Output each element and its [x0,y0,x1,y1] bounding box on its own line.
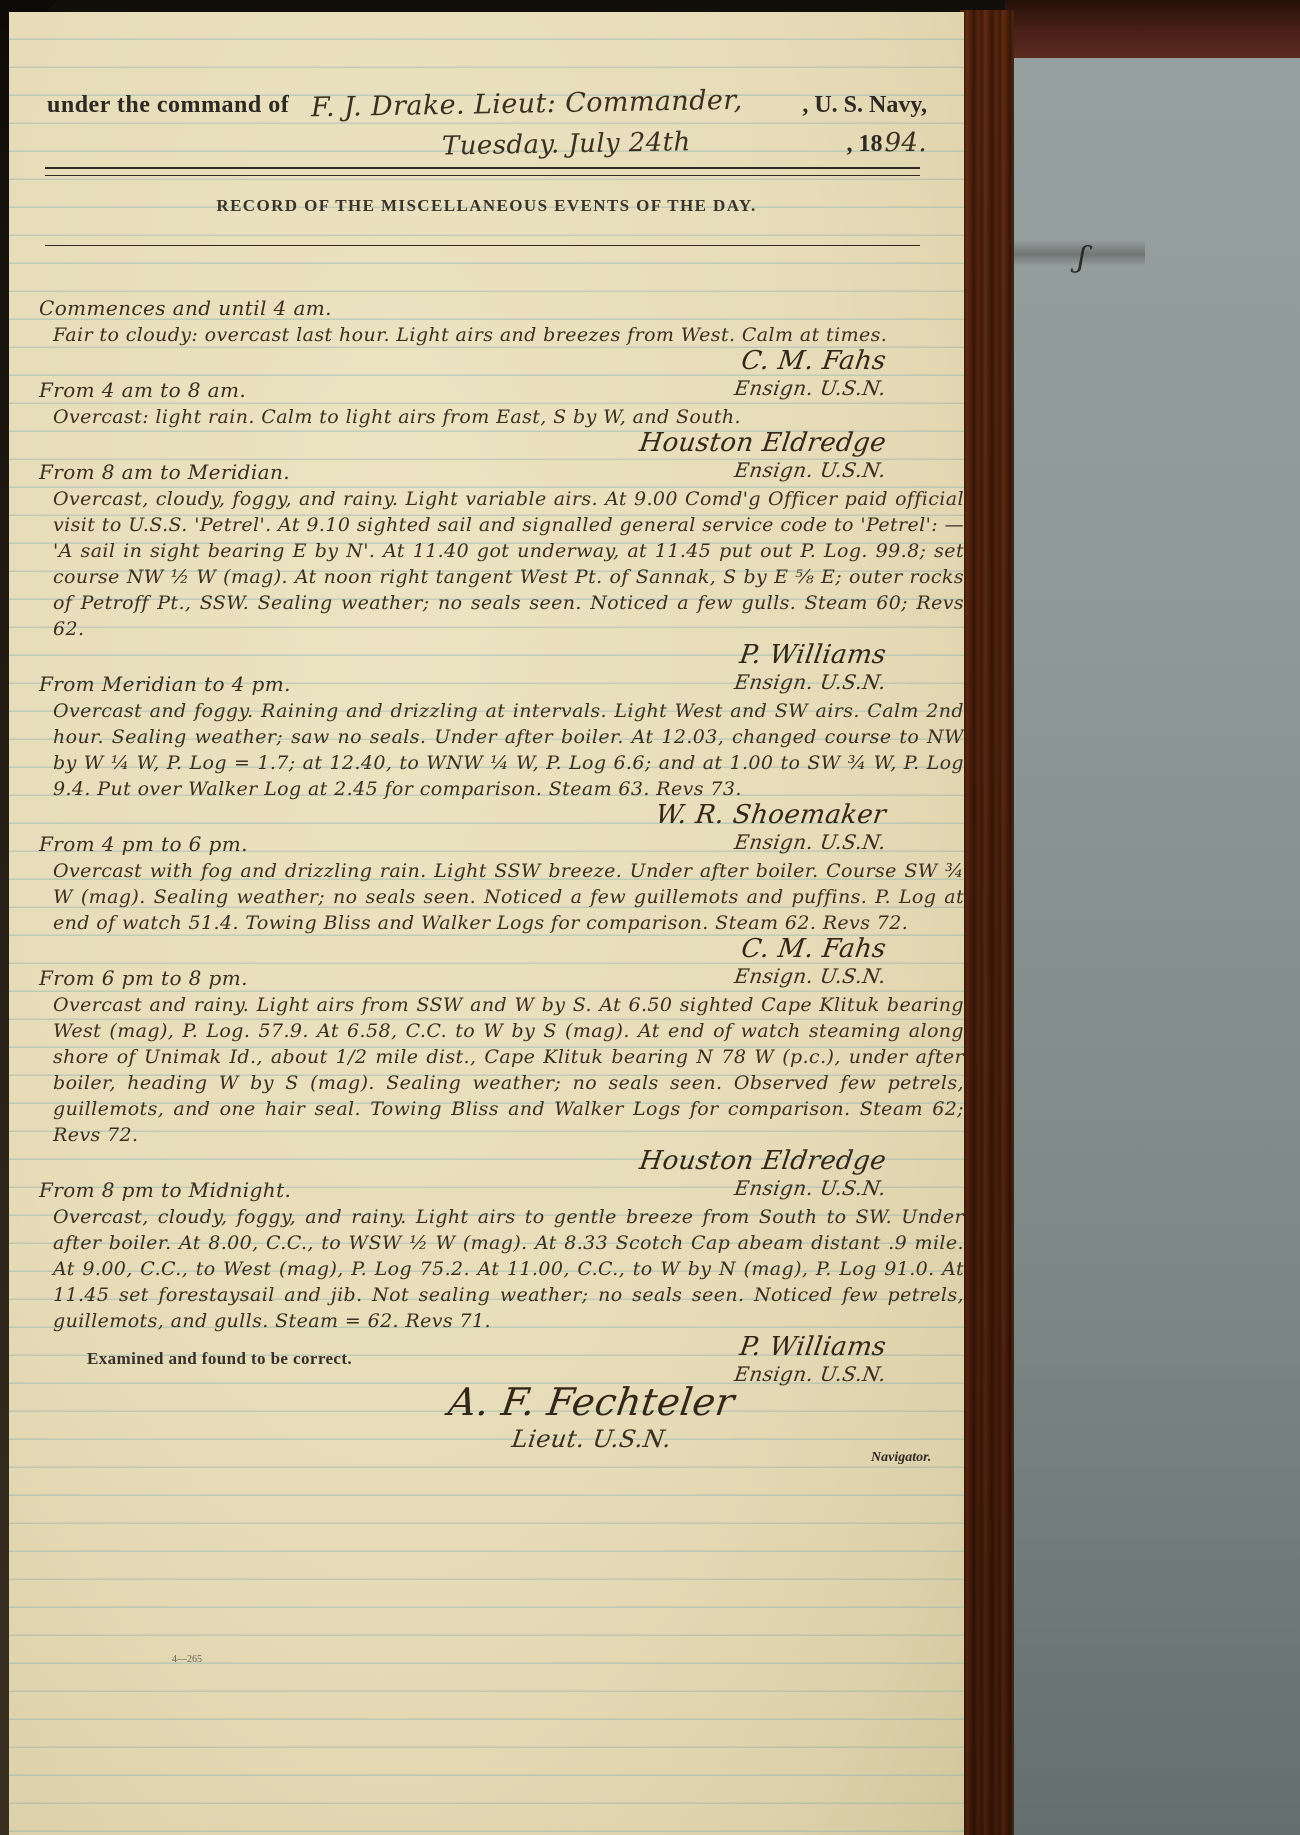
entry-heading: Commences and until 4 am. [39,294,964,322]
entry-body: Overcast, cloudy, foggy, and rainy. Ligh… [53,1204,964,1334]
signature-block: C. M. Fahs Ensign. U.S.N. [39,934,964,988]
signature-name: Houston Eldredge [37,1146,888,1176]
command-line: under the command of F. J. Drake. Lieut:… [47,88,927,119]
photo-left-edge [0,0,9,1835]
signature-block: P. Williams Ensign. U.S.N. [39,640,964,694]
year-handwritten: 94. [884,128,927,158]
signature-rank: Ensign. U.S.N. [37,1362,887,1386]
log-entries: Commences and until 4 am. Fair to cloudy… [39,294,964,1362]
signature-rank: Ensign. U.S.N. [37,458,887,482]
signature-rank: Ensign. U.S.N. [37,1176,887,1200]
navigator-signature: A. F. Fechteler [446,1380,737,1424]
logbook-page: under the command of F. J. Drake. Lieut:… [9,12,964,1835]
backing-board [1005,0,1300,1835]
date-handwritten: Tuesday. July 24th [442,124,847,161]
book-cover-band [1005,0,1300,58]
log-entry-6pm-8pm: From 6 pm to 8 pm. Overcast and rainy. L… [39,964,964,1200]
record-title: RECORD OF THE MISCELLANEOUS EVENTS OF TH… [9,196,964,216]
log-entry-8pm-midnight: From 8 pm to Midnight. Overcast, cloudy,… [39,1176,964,1386]
navigator-signature-block: A. F. Fechteler Lieut. U.S.N. [449,1380,734,1454]
page-edge-stack [960,10,1014,1835]
date-line: Tuesday. July 24th , 18 94. [47,128,927,158]
signature-block: W. R. Shoemaker Ensign. U.S.N. [39,800,964,854]
printed-us-navy: , U. S. Navy, [802,92,927,119]
printed-year-prefix: , 18 [846,131,882,158]
printed-command-prefix: under the command of [47,92,289,119]
entry-body: Fair to cloudy: overcast last hour. Ligh… [53,322,964,348]
entry-body: Overcast and rainy. Light airs from SSW … [53,992,964,1148]
signature-name: P. Williams [37,1332,888,1362]
log-entry-8am-meridian: From 8 am to Meridian. Overcast, cloudy,… [39,458,964,694]
entry-body: Overcast: light rain. Calm to light airs… [53,404,964,430]
signature-block: C. M. Fahs Ensign. U.S.N. [39,346,964,400]
entry-body: Overcast, cloudy, foggy, and rainy. Ligh… [53,486,964,642]
signature-name: W. R. Shoemaker [37,800,888,830]
entry-body: Overcast with fog and drizzling rain. Li… [53,858,964,936]
signature-block: Houston Eldredge Ensign. U.S.N. [39,428,964,482]
signature-rank: Ensign. U.S.N. [37,830,887,854]
printed-navigator-label: Navigator. [871,1450,931,1466]
signature-block: P. Williams Ensign. U.S.N. [39,1332,964,1386]
signature-rank: Ensign. U.S.N. [37,376,887,400]
backing-shadow [1005,240,1145,266]
navigator-rank: Lieut. U.S.N. [447,1424,737,1454]
signature-name: C. M. Fahs [37,934,888,964]
single-rule-divider [45,245,920,246]
signature-name: C. M. Fahs [37,346,888,376]
entry-body: Overcast and foggy. Raining and drizzlin… [53,698,964,802]
log-entry-commences: Commences and until 4 am. Fair to cloudy… [39,294,964,400]
log-entry-meridian-4pm: From Meridian to 4 pm. Overcast and fogg… [39,670,964,854]
form-number: 4—265 [172,1654,202,1665]
signature-block: Houston Eldredge Ensign. U.S.N. [39,1146,964,1200]
commander-name-handwritten: F. J. Drake. Lieut: Commander, [311,84,803,124]
signature-name: Houston Eldredge [37,428,888,458]
signature-name: P. Williams [37,640,888,670]
double-rule-divider [45,167,920,176]
signature-rank: Ensign. U.S.N. [37,670,887,694]
signature-rank: Ensign. U.S.N. [37,964,887,988]
